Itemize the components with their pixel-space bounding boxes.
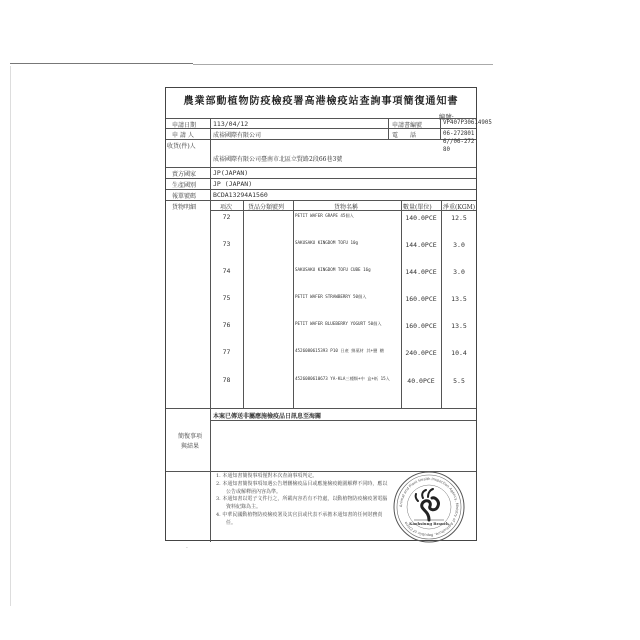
notes-list: 1. 本通知書簡復事項僅對本次查詢事項判定。 2. 本通知書簡復事項如遇公告增刪…: [216, 473, 391, 528]
goods-quantity: 144.0PCE: [401, 241, 441, 249]
goods-name: PETIT WAFER GRAPE 45個入: [295, 213, 399, 219]
official-seal-icon: Animal and Plant Health Inspection Agenc…: [392, 470, 466, 544]
goods-net-weight: 3.0: [441, 268, 477, 276]
goods-net-weight: 3.0: [441, 241, 477, 249]
phone: 06-2728016//06-27280: [443, 130, 476, 154]
bl-no: BCDA13294A1560: [213, 191, 268, 199]
application-no: VP407P30614905: [443, 120, 492, 126]
application-date-label: 申請日期: [172, 120, 196, 129]
goods-item-no: 77: [210, 348, 243, 356]
col-goods-name: 貨物名稱: [334, 202, 358, 211]
goods-name: SAKUSAKU KINGDOM TOFU CUBE 16g: [295, 267, 399, 273]
application-date: 113/04/12: [213, 120, 248, 128]
note-item: 2. 本通知書簡復事項如遇公告增刪檢疫品目或應施檢疫範圍解釋不同時，應以公告或解…: [216, 481, 391, 497]
goods-net-weight: 12.5: [441, 214, 477, 222]
seller-country: JP(JAPAN): [213, 169, 248, 177]
applicant: 成裕國際有限公司: [213, 130, 261, 139]
goods-net-weight: 13.5: [441, 295, 477, 303]
goods-quantity: 40.0PCE: [401, 377, 441, 385]
svg-text:Kaohsiung Branch: Kaohsiung Branch: [409, 521, 449, 526]
bl-no-label: 報單號碼: [172, 191, 196, 200]
origin: JP (JAPAN): [213, 180, 252, 188]
consignee-label: 收貨(件)人: [167, 141, 196, 150]
note-item: 4. 中華民國動植物防疫檢疫署及其官員或代表不承擔本通知書的任何財務責任。: [216, 512, 391, 528]
goods-net-weight: 10.4: [441, 349, 477, 357]
col-item: 項次: [220, 202, 232, 211]
document-title: 農業部動植物防疫檢疫署高港檢疫站查詢事項簡復通知書: [166, 92, 476, 107]
seller-country-label: 賣方國家: [172, 169, 196, 178]
goods-quantity: 160.0PCE: [401, 322, 441, 330]
consignee: 成裕國際有限公司臺南市北區立賢路2段66巷3號: [213, 154, 342, 163]
goods-item-no: 75: [210, 294, 243, 302]
goods-quantity: 144.0PCE: [401, 268, 441, 276]
phone-label: 電 話: [392, 130, 416, 139]
col-hs-code: 貨品分類號列: [248, 202, 284, 211]
goods-name: 4526080610673 YA-KLA三種類+中 盒+纸 15入: [295, 376, 399, 382]
goods-item-no: 73: [210, 240, 243, 248]
note-item: 3. 本通知書以電子文件行之，所載內容若有不符處，以動植物防疫檢疫署電腦資料紀錄…: [216, 496, 391, 512]
reply-text: 本案已傳送非屬應施檢疫品日訊息至海關: [213, 411, 321, 420]
goods-detail-label: 貨物明細: [172, 202, 196, 211]
origin-label: 生產國別: [172, 180, 196, 189]
goods-name: PETIT WAFER STRAWBERRY 50個入: [295, 294, 399, 300]
application-no-label: 申請書編號: [392, 120, 422, 129]
goods-name: PETIT WAFER BLUEBERRY YOGURT 50個入: [295, 321, 399, 327]
page-edge: [10, 66, 11, 606]
goods-net-weight: 5.5: [441, 377, 477, 385]
reply-label: 簡復事項 與結果: [178, 432, 202, 452]
goods-quantity: 140.0PCE: [401, 214, 441, 222]
goods-item-no: 74: [210, 267, 243, 275]
col-net-weight: 淨重(KGM): [443, 202, 475, 211]
page-edge: [10, 63, 193, 64]
page-edge: [193, 64, 493, 65]
goods-name: 4526080615393 P10 日產 綿菓材 其+鹽 糖: [295, 348, 399, 354]
goods-item-no: 78: [210, 376, 243, 384]
note-item: 1. 本通知書簡復事項僅對本次查詢事項判定。: [216, 473, 391, 481]
goods-item-no: 76: [210, 321, 243, 329]
applicant-label: 申 請 人: [172, 130, 194, 139]
goods-net-weight: 13.5: [441, 322, 477, 330]
scan-artifact: ·: [186, 545, 188, 552]
goods-quantity: 240.0PCE: [401, 349, 441, 357]
goods-quantity: 160.0PCE: [401, 295, 441, 303]
goods-item-no: 72: [210, 213, 243, 221]
goods-name: SAKUSAKU KINGDOM TOFU 10g: [295, 240, 399, 246]
col-quantity: 數量(單位): [403, 202, 432, 211]
